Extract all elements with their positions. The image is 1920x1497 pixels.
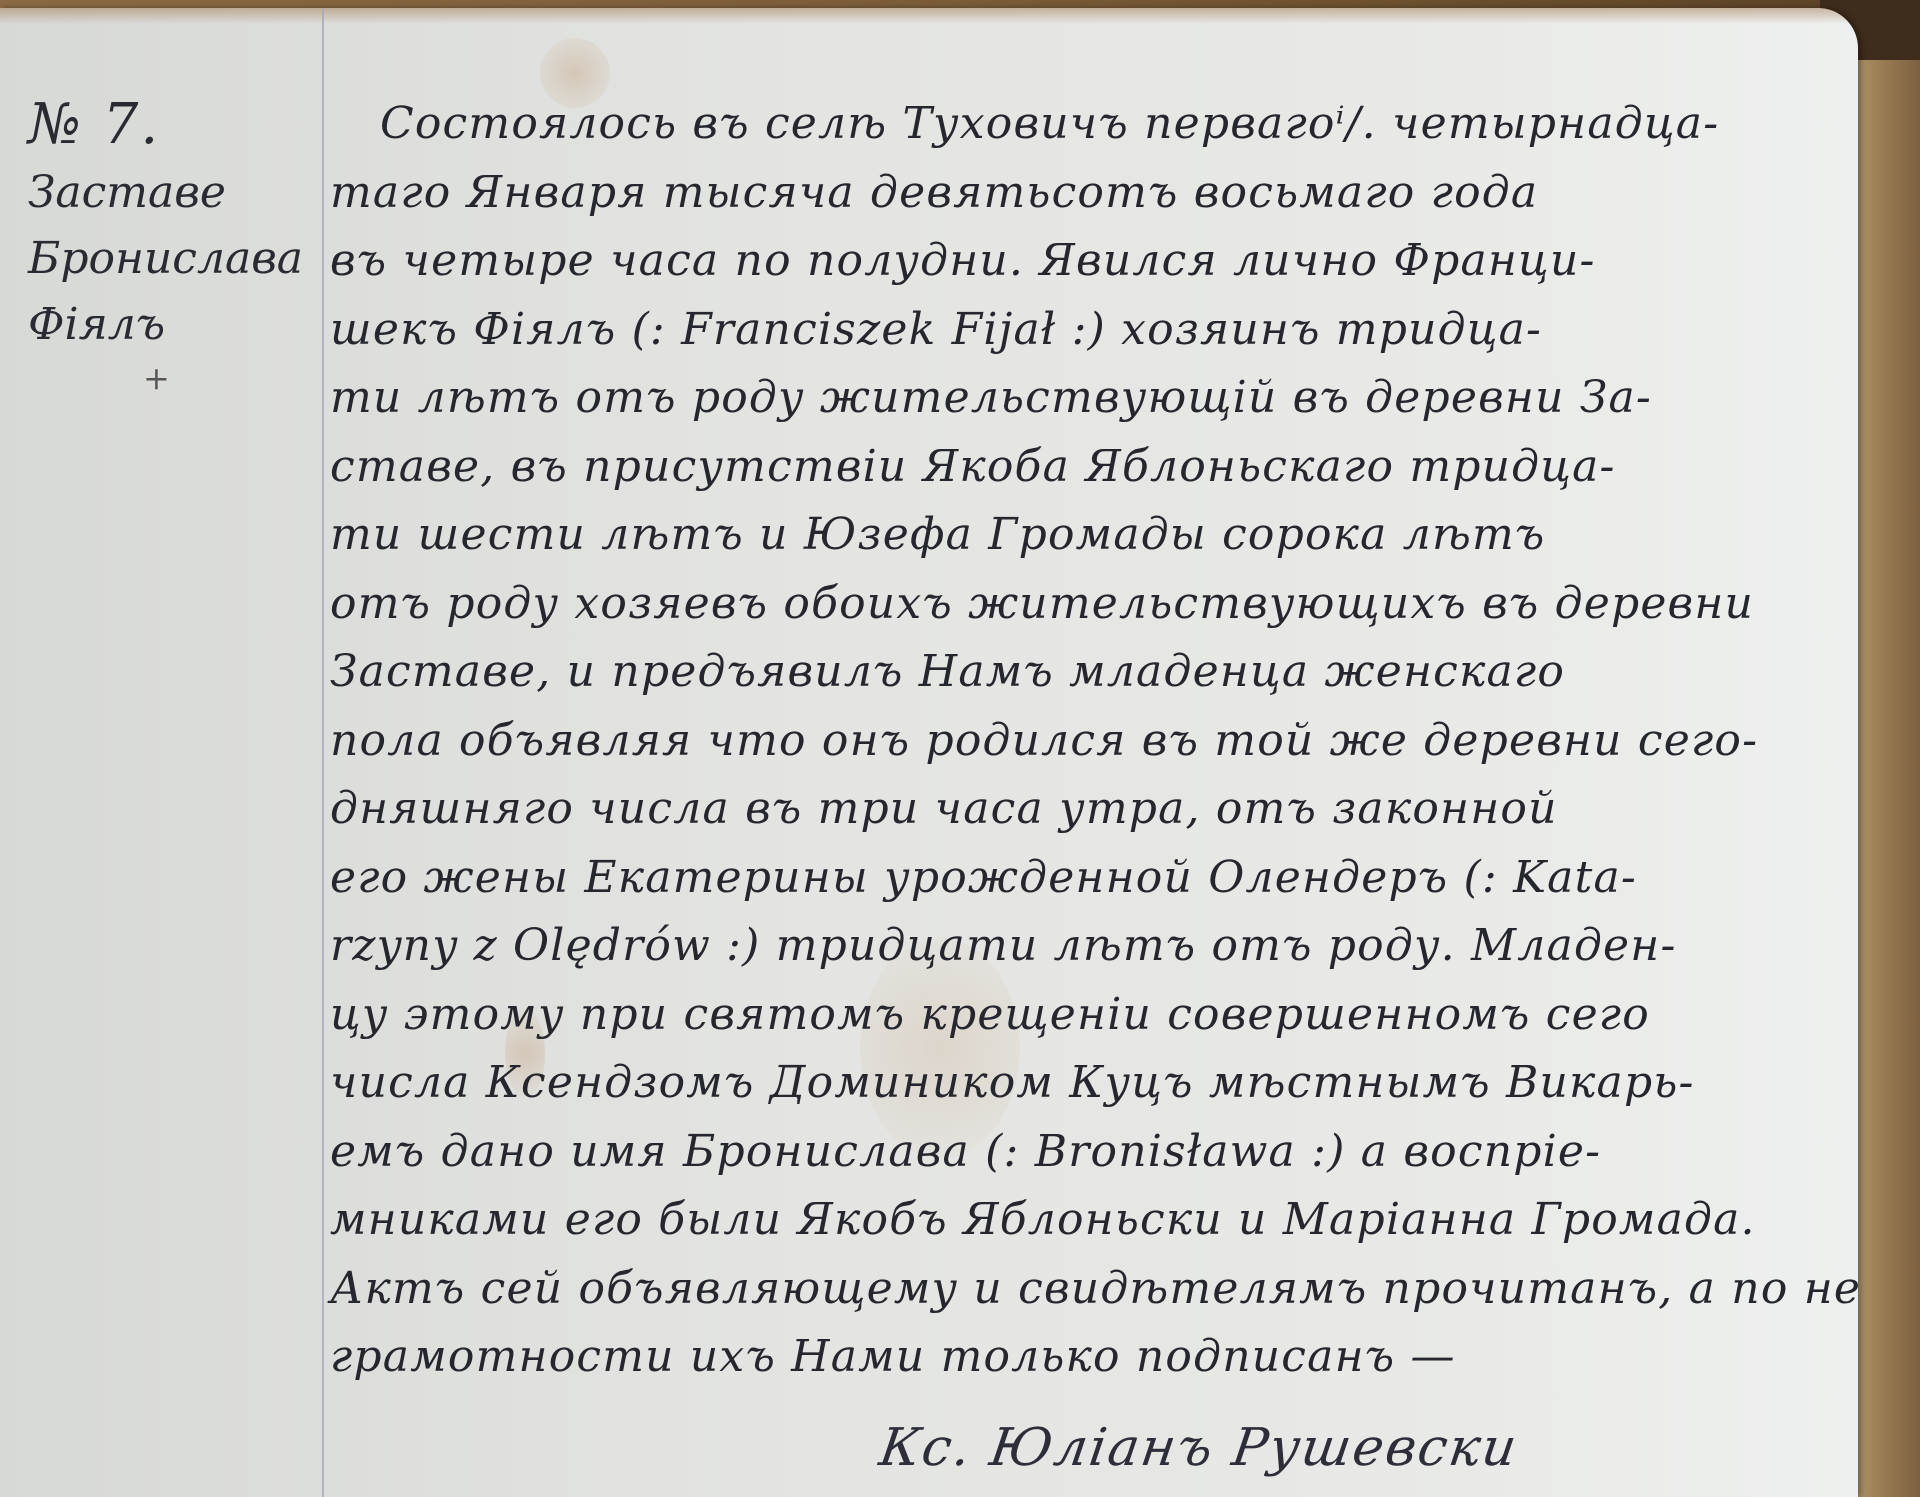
record-line: ти шести лѣтъ и Юзефа Громады сорока лѣт… [330, 501, 1840, 570]
register-page: № 7. Заставе Брониcлава Фіялъ + Состояло… [0, 8, 1858, 1497]
record-line: его жены Екатерины урожденной Олендеръ (… [330, 844, 1840, 913]
priest-signature: Кс. Юліанъ Рушевски [876, 1418, 1522, 1478]
record-line: емъ дано имя Брониcлава (: Bronisława :)… [330, 1118, 1840, 1187]
margin-surname: Фіялъ [28, 292, 318, 358]
margin-child-name: Брониcлава [28, 226, 318, 292]
record-line: Состоялось въ селѣ Туховичъ первагоⁱ/. ч… [330, 90, 1840, 159]
photo-scene: № 7. Заставе Брониcлава Фіялъ + Состояло… [0, 0, 1920, 1497]
margin-village: Заставе [28, 160, 318, 226]
record-line: цу этому при святомъ крещеніи совершенно… [330, 981, 1840, 1050]
record-line: rzyny z Olędrów :) тридцати лѣтъ отъ род… [330, 912, 1840, 981]
book-edge [1850, 0, 1920, 1497]
margin-rule-line [322, 8, 324, 1497]
record-line: пола объявляя что онъ родился въ той же … [330, 707, 1840, 776]
record-line: мниками его были Якобъ Яблоньски и Маріа… [330, 1186, 1840, 1255]
record-line: дняшняго числа въ три часа утра, отъ зак… [330, 775, 1840, 844]
cross-mark-icon: + [143, 358, 318, 398]
record-line: ставе, въ присутствіи Якоба Яблоньскаго … [330, 433, 1840, 502]
record-line: Актъ сей объявляющему и свидѣтелямъ проч… [330, 1255, 1840, 1324]
record-line: отъ роду хозяевъ обоихъ жительствующихъ … [330, 570, 1840, 639]
record-line: шекъ Фіялъ (: Franciszek Fijał :) хозяин… [330, 296, 1840, 365]
record-line: числа Ксендзомъ Домиником Куцъ мѣстнымъ … [330, 1049, 1840, 1118]
record-line: Заставе, и предъявилъ Намъ младенца женс… [330, 638, 1840, 707]
record-line: таго Января тысяча девятьсотъ восьмаго г… [330, 159, 1840, 228]
record-line: грамотности ихъ Нами только подписанъ — [330, 1323, 1840, 1392]
margin-annotation: № 7. Заставе Брониcлава Фіялъ + [28, 90, 318, 398]
entry-number: № 7. [28, 90, 318, 160]
record-text-body: Состоялось въ селѣ Туховичъ первагоⁱ/. ч… [330, 90, 1840, 1392]
record-line: ти лѣтъ отъ роду жительствующій въ дерев… [330, 364, 1840, 433]
top-edge-stain [0, 8, 1858, 24]
record-line: въ четыре часа по полудни. Явился лично … [330, 227, 1840, 296]
